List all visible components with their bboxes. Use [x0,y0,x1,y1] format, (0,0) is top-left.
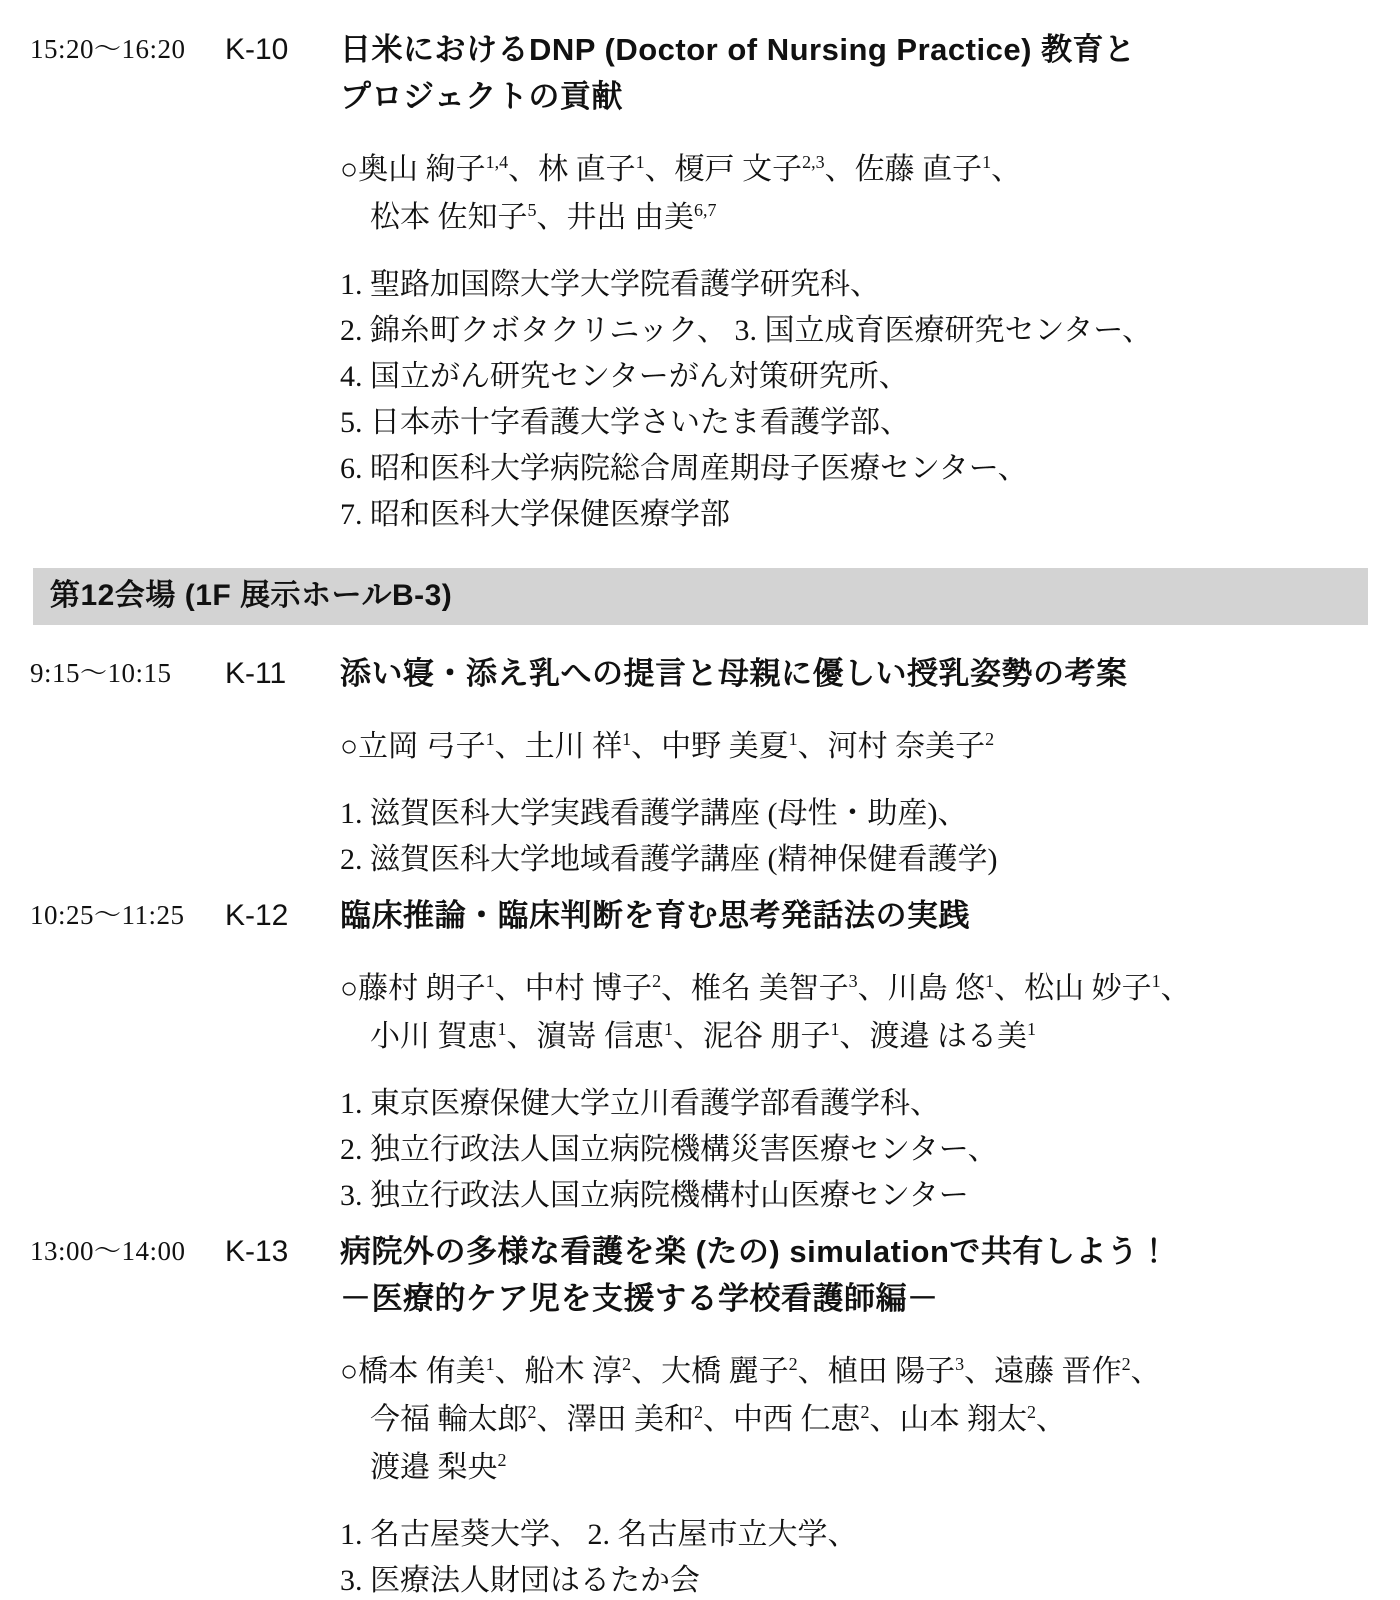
author-line: ○立岡 弓子1、土川 祥1、中野 美夏1、河村 奈美子2 [340,723,1400,771]
affiliation-line: 1. 滋賀医科大学実践看護学講座 (母性・助産)、 [340,791,1400,837]
author-affiliation-superscript: 1 [486,971,495,991]
affiliation-line: 3. 医療法人財団はるたか会 [340,1558,1400,1600]
session-body: 添い寝・添え乳への提言と母親に優しい授乳姿勢の考案 ○立岡 弓子1、土川 祥1、… [340,650,1400,883]
session-affiliations: 1. 滋賀医科大学実践看護学講座 (母性・助産)、2. 滋賀医科大学地域看護学講… [340,791,1400,883]
session-time: 10:25～11:25 [0,892,225,939]
author-affiliation-superscript: 2,3 [802,152,825,172]
program: 15:20～16:20 K-10 日米におけるDNP (Doctor of Nu… [0,0,1400,1600]
session: 13:00～14:00 K-13 病院外の多様な看護を楽 (たの) simula… [0,1228,1400,1600]
session: 10:25～11:25 K-12 臨床推論・臨床判断を育む思考発話法の実践 ○藤… [0,892,1400,1219]
author-affiliation-superscript: 6,7 [694,200,717,220]
author-affiliation-superscript: 1 [622,729,631,749]
author-affiliation-superscript: 1 [636,152,645,172]
session-affiliations: 1. 聖路加国際大学大学院看護学研究科、2. 錦糸町クボタクリニック、 3. 国… [340,262,1400,538]
author-line: ○橋本 侑美1、船木 淳2、大橋 麗子2、植田 陽子3、遠藤 晋作2、 [340,1348,1400,1396]
session-title-line: 添い寝・添え乳への提言と母親に優しい授乳姿勢の考案 [340,650,1400,697]
affiliation-line: 2. 独立行政法人国立病院機構災害医療センター、 [340,1127,1400,1173]
session-title: 病院外の多様な看護を楽 (たの) simulationで共有しよう！－医療的ケア… [340,1228,1400,1322]
author-affiliation-superscript: 2 [985,729,994,749]
author-line: 小川 賀恵1、濵嵜 信恵1、泥谷 朋子1、渡邉 はる美1 [340,1013,1400,1061]
author-affiliation-superscript: 1 [985,971,994,991]
author-affiliation-superscript: 3 [955,1354,964,1374]
affiliation-line: 3. 独立行政法人国立病院機構村山医療センター [340,1173,1400,1219]
author-line: ○奥山 絢子1,4、林 直子1、榎戸 文子2,3、佐藤 直子1、 [340,146,1400,194]
author-line: ○藤村 朗子1、中村 博子2、椎名 美智子3、川島 悠1、松山 妙子1、 [340,965,1400,1013]
session-title: 臨床推論・臨床判断を育む思考発話法の実践 [340,892,1400,939]
venue-label: 第12会場 (1F 展示ホールB-3) [50,579,1358,613]
author-affiliation-superscript: 1 [486,1354,495,1374]
affiliation-line: 1. 名古屋葵大学、 2. 名古屋市立大学、 [340,1512,1400,1558]
affiliation-line: 2. 滋賀医科大学地域看護学講座 (精神保健看護学) [340,837,1400,883]
affiliation-line: 1. 東京医療保健大学立川看護学部看護学科、 [340,1081,1400,1127]
author-affiliation-superscript: 1 [486,729,495,749]
author-affiliation-superscript: 2 [694,1402,703,1422]
session-code: K-12 [225,892,340,939]
affiliation-line: 4. 国立がん研究センターがん対策研究所、 [340,354,1400,400]
author-affiliation-superscript: 1 [498,1019,507,1039]
author-affiliation-superscript: 2 [861,1402,870,1422]
author-affiliation-superscript: 1 [982,152,991,172]
affiliation-line: 1. 聖路加国際大学大学院看護学研究科、 [340,262,1400,308]
session-time: 9:15～10:15 [0,650,225,697]
session-authors: ○立岡 弓子1、土川 祥1、中野 美夏1、河村 奈美子2 [340,723,1400,771]
affiliation-line: 5. 日本赤十字看護大学さいたま看護学部、 [340,400,1400,446]
session-code: K-13 [225,1228,340,1275]
affiliation-line: 7. 昭和医科大学保健医療学部 [340,492,1400,538]
session-time: 13:00～14:00 [0,1228,225,1275]
session-affiliations: 1. 名古屋葵大学、 2. 名古屋市立大学、3. 医療法人財団はるたか会 [340,1512,1400,1600]
session-code: K-10 [225,26,340,73]
affiliation-line: 6. 昭和医科大学病院総合周産期母子医療センター、 [340,446,1400,492]
author-affiliation-superscript: 2 [1122,1354,1131,1374]
author-line: 渡邉 梨央2 [340,1444,1400,1492]
author-affiliation-superscript: 1,4 [486,152,509,172]
session-title-line: プロジェクトの貢献 [340,73,1400,120]
session-title: 添い寝・添え乳への提言と母親に優しい授乳姿勢の考案 [340,650,1400,697]
venue-header-band: 第12会場 (1F 展示ホールB-3) [33,568,1368,625]
session: 9:15～10:15 K-11 添い寝・添え乳への提言と母親に優しい授乳姿勢の考… [0,650,1400,883]
session-title-line: －医療的ケア児を支援する学校看護師編－ [340,1275,1400,1322]
author-affiliation-superscript: 5 [528,200,537,220]
author-affiliation-superscript: 1 [789,729,798,749]
session-code: K-11 [225,650,340,697]
author-affiliation-superscript: 2 [1027,1402,1036,1422]
author-affiliation-superscript: 2 [528,1402,537,1422]
session: 15:20～16:20 K-10 日米におけるDNP (Doctor of Nu… [0,26,1400,538]
author-affiliation-superscript: 1 [1152,971,1161,991]
session-title: 日米におけるDNP (Doctor of Nursing Practice) 教… [340,26,1400,120]
session-body: 臨床推論・臨床判断を育む思考発話法の実践 ○藤村 朗子1、中村 博子2、椎名 美… [340,892,1400,1219]
session-affiliations: 1. 東京医療保健大学立川看護学部看護学科、2. 独立行政法人国立病院機構災害医… [340,1081,1400,1219]
session-authors: ○藤村 朗子1、中村 博子2、椎名 美智子3、川島 悠1、松山 妙子1、小川 賀… [340,965,1400,1061]
author-affiliation-superscript: 1 [664,1019,673,1039]
author-affiliation-superscript: 1 [831,1019,840,1039]
author-line: 松本 佐知子5、井出 由美6,7 [340,194,1400,242]
session-authors: ○橋本 侑美1、船木 淳2、大橋 麗子2、植田 陽子3、遠藤 晋作2、今福 輪太… [340,1348,1400,1492]
session-title-line: 日米におけるDNP (Doctor of Nursing Practice) 教… [340,26,1400,73]
session-title-line: 病院外の多様な看護を楽 (たの) simulationで共有しよう！ [340,1228,1400,1275]
session-title-line: 臨床推論・臨床判断を育む思考発話法の実践 [340,892,1400,939]
author-affiliation-superscript: 2 [622,1354,631,1374]
author-line: 今福 輪太郎2、澤田 美和2、中西 仁恵2、山本 翔太2、 [340,1396,1400,1444]
author-affiliation-superscript: 2 [652,971,661,991]
author-affiliation-superscript: 2 [498,1450,507,1470]
session-authors: ○奥山 絢子1,4、林 直子1、榎戸 文子2,3、佐藤 直子1、松本 佐知子5、… [340,146,1400,242]
session-body: 日米におけるDNP (Doctor of Nursing Practice) 教… [340,26,1400,538]
session-time: 15:20～16:20 [0,26,225,73]
author-affiliation-superscript: 2 [789,1354,798,1374]
author-affiliation-superscript: 1 [1027,1019,1036,1039]
affiliation-line: 2. 錦糸町クボタクリニック、 3. 国立成育医療研究センター、 [340,308,1400,354]
session-body: 病院外の多様な看護を楽 (たの) simulationで共有しよう！－医療的ケア… [340,1228,1400,1600]
author-affiliation-superscript: 3 [849,971,858,991]
